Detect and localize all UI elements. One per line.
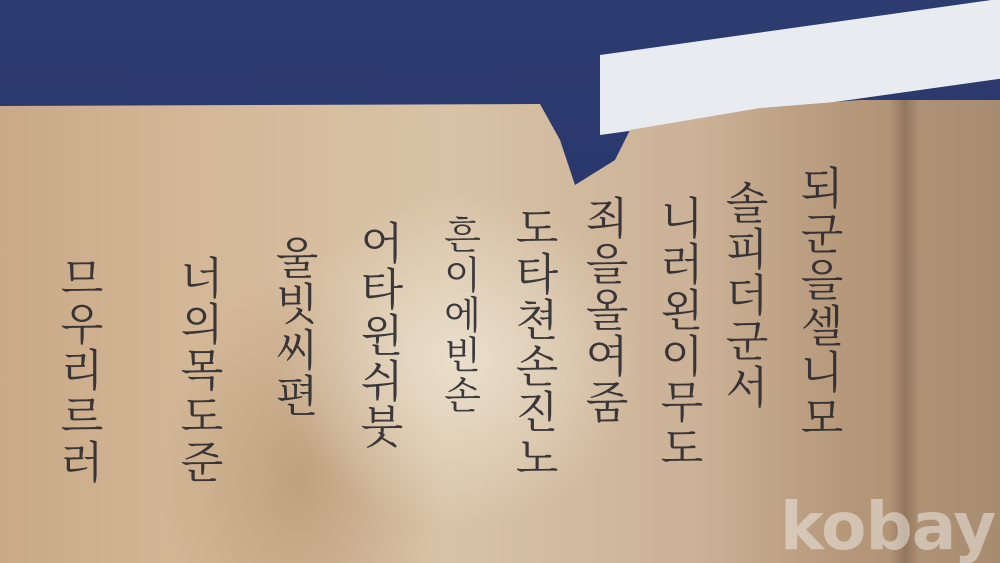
- manuscript-column: 므우리르러: [55, 255, 99, 485]
- manuscript-column: 너의목도준: [175, 255, 219, 485]
- manuscript-column: 흔이에빈손: [440, 215, 478, 415]
- manuscript-column: 도타쳔손진노: [510, 205, 554, 481]
- manuscript-column: 어타윈쉬붓: [355, 220, 399, 450]
- manuscript-column: 니러왼이무도: [655, 195, 699, 471]
- watermark: kobay: [780, 488, 995, 563]
- manuscript-column: 솔피더군서: [720, 180, 764, 410]
- manuscript-column: 울빗씨편: [270, 235, 314, 419]
- manuscript-column: 죄을올여줌: [580, 195, 624, 425]
- manuscript-column: 되군을셀니모: [795, 165, 839, 441]
